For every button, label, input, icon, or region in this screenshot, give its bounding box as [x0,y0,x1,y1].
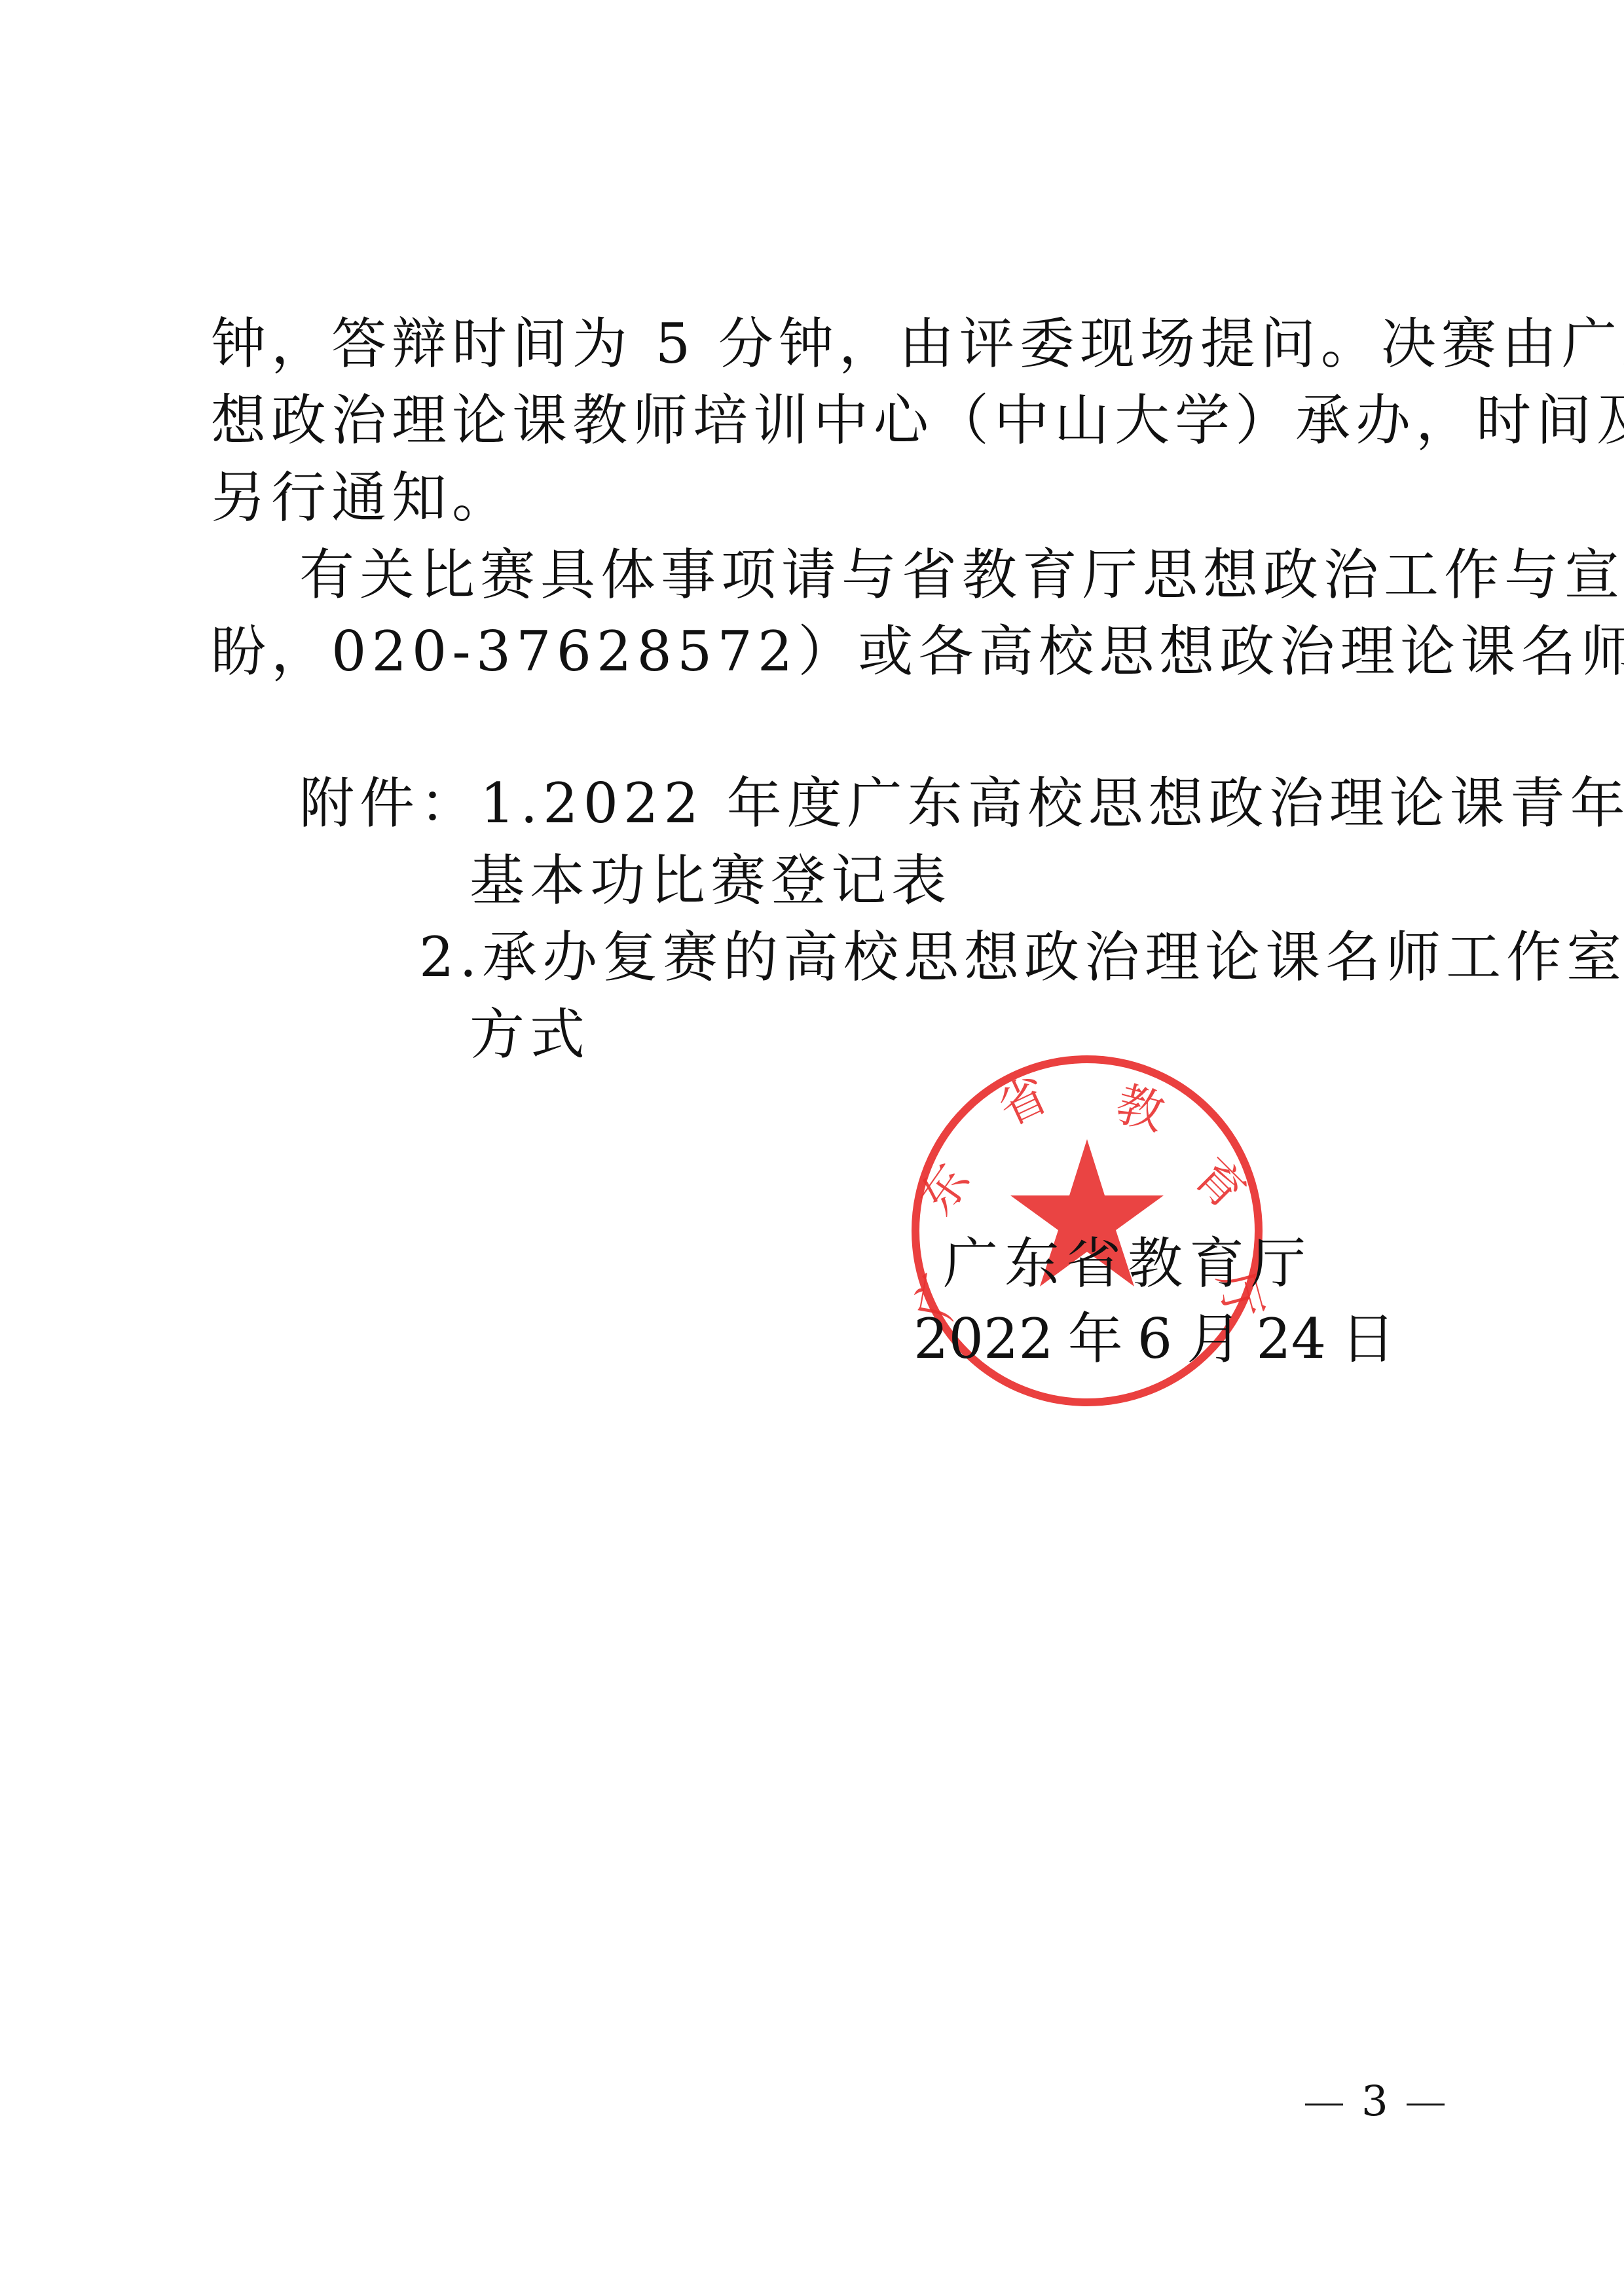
signature-organization: 广东省教育厅 [943,1231,1312,1296]
dash-left [1305,2104,1343,2105]
attachment-2-line-2: 方式 [470,1002,590,1067]
svg-text:省: 省 [990,1066,1056,1137]
attachments-section: 附件：1.2022 年度广东高校思想政治理论课青年教师教学 [299,771,1624,836]
date-month: 6 [1137,1307,1172,1371]
attachment-1-line-2: 基本功比赛登记表 [470,848,951,913]
attachment-1-line-1: 1.2022 年度广东高校思想政治理论课青年教师教学 [480,771,1624,835]
paragraph-1-line-1: 钟，答辩时间为 5 分钟，由评委现场提问。决赛由广东省高校思 [211,311,1419,376]
page-number: 3 [1287,2075,1463,2128]
paragraph-2-line-2: 盼，020-37628572）或各高校思想政治理论课名师工作室联系。 [211,619,1419,684]
dash-right [1407,2104,1445,2105]
document-page: 钟，答辩时间为 5 分钟，由评委现场提问。决赛由广东省高校思 想政治理论课教师培… [0,0,1624,2296]
paragraph-1-line-2: 想政治理论课教师培训中心（中山大学）承办，时间及有关事项 [211,388,1419,453]
date-year: 2022 [913,1307,1054,1371]
page-number-value: 3 [1361,2077,1388,2126]
paragraph-2-line-1: 有关比赛具体事项请与省教育厅思想政治工作与宣传处（成 [299,542,1419,608]
date-month-unit: 月 [1187,1307,1242,1371]
attachment-2-line-1: 2.承办复赛的高校思想政治理论课名师工作室联系 [419,924,1419,990]
date-day-unit: 日 [1340,1307,1395,1371]
attachments-label: 附件： [299,771,480,835]
date-day: 24 [1256,1307,1326,1371]
paragraph-1-line-3: 另行通知。 [211,465,1419,530]
signature-date: 2022年6月24日 [913,1306,1395,1372]
date-year-unit: 年 [1068,1307,1123,1371]
svg-text:教: 教 [1111,1076,1170,1141]
